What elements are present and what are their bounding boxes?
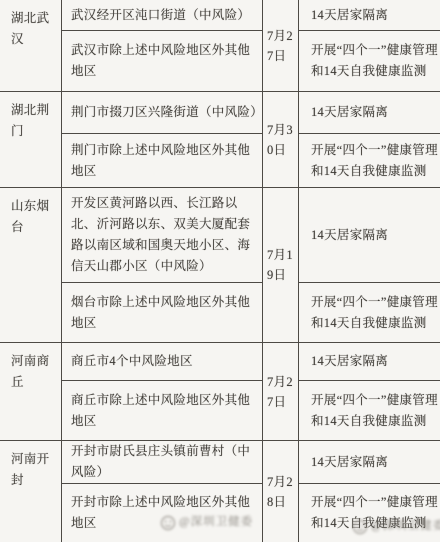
weibo-watermark: @深圳卫健委 — [352, 516, 440, 537]
date-line: 7月2 — [267, 472, 298, 492]
region-cell: 湖北武汉 — [0, 0, 62, 91]
other-area-cell: 武汉市除上述中风险地区外其他地区 — [62, 31, 263, 91]
table-row-group-wuhan: 湖北武汉 武汉经开区沌口街道（中风险） 武汉市除上述中风险地区外其他地区 7月2… — [0, 0, 440, 92]
measure-cell: 14天居家隔离 — [299, 92, 440, 134]
table-row-group-yantai: 山东烟台 开发区黄河路以西、长江路以北、沂河路以东、双美大厦配套路以南区域和国奥… — [0, 188, 440, 343]
weibo-emoji-icon — [160, 515, 176, 531]
measure-cell: 开展“四个一”健康管理和14天自我健康监测 — [299, 283, 440, 342]
watermark-text: @深圳卫健委 — [371, 516, 440, 537]
risk-area-cell: 武汉经开区沌口街道（中风险） — [62, 0, 263, 31]
date-cell: 7月2 8日 — [263, 441, 299, 542]
date-line: 0日 — [267, 140, 298, 160]
weibo-watermark: @深圳卫健委 — [160, 512, 253, 533]
measure-cell: 14天居家隔离 — [299, 0, 440, 31]
date-cell: 7月2 7日 — [263, 0, 299, 91]
measure-cell: 14天居家隔离 — [299, 441, 440, 484]
date-line: 9日 — [267, 265, 298, 285]
other-area-cell: 烟台市除上述中风险地区外其他地区 — [62, 283, 263, 342]
region-cell: 湖北荆门 — [0, 92, 62, 187]
date-line: 8日 — [267, 492, 298, 512]
date-line: 7月3 — [267, 120, 298, 140]
measure-cell: 开展“四个一”健康管理和14天自我健康监测 — [299, 31, 440, 91]
measure-cell: 开展“四个一”健康管理和14天自我健康监测 — [299, 381, 440, 440]
measure-cell: 开展“四个一”健康管理和14天自我健康监测 — [299, 134, 440, 187]
date-line: 7月2 — [267, 26, 298, 46]
other-area-cell: 荆门市除上述中风险地区外其他地区 — [62, 134, 263, 187]
table-row-group-shangqiu: 河南商丘 商丘市4个中风险地区 商丘市除上述中风险地区外其他地区 7月2 7日 … — [0, 343, 440, 441]
region-cell: 河南开封 — [0, 441, 62, 542]
date-cell: 7月3 0日 — [263, 92, 299, 187]
risk-area-cell: 荆门市掇刀区兴隆街道（中风险） — [62, 92, 263, 134]
watermark-text: @深圳卫健委 — [179, 512, 253, 533]
region-cell: 山东烟台 — [0, 188, 62, 342]
date-cell: 7月2 7日 — [263, 343, 299, 440]
measure-cell: 14天居家隔离 — [299, 343, 440, 381]
risk-area-cell: 开发区黄河路以西、长江路以北、沂河路以东、双美大厦配套路以南区域和国奥天地小区、… — [62, 188, 263, 283]
risk-area-table: 湖北武汉 武汉经开区沌口街道（中风险） 武汉市除上述中风险地区外其他地区 7月2… — [0, 0, 440, 542]
date-line: 7日 — [267, 392, 298, 412]
risk-area-cell: 开封市尉氏县庄头镇前曹村（中风险） — [62, 441, 263, 484]
measure-cell: 14天居家隔离 — [299, 188, 440, 283]
other-area-cell: 商丘市除上述中风险地区外其他地区 — [62, 381, 263, 440]
date-cell: 7月1 9日 — [263, 188, 299, 342]
date-line: 7日 — [267, 46, 298, 66]
weibo-emoji-icon — [352, 519, 368, 535]
risk-area-cell: 商丘市4个中风险地区 — [62, 343, 263, 381]
region-cell: 河南商丘 — [0, 343, 62, 440]
date-line: 7月1 — [267, 245, 298, 265]
table-row-group-jingmen: 湖北荆门 荆门市掇刀区兴隆街道（中风险） 荆门市除上述中风险地区外其他地区 7月… — [0, 92, 440, 188]
date-line: 7月2 — [267, 372, 298, 392]
